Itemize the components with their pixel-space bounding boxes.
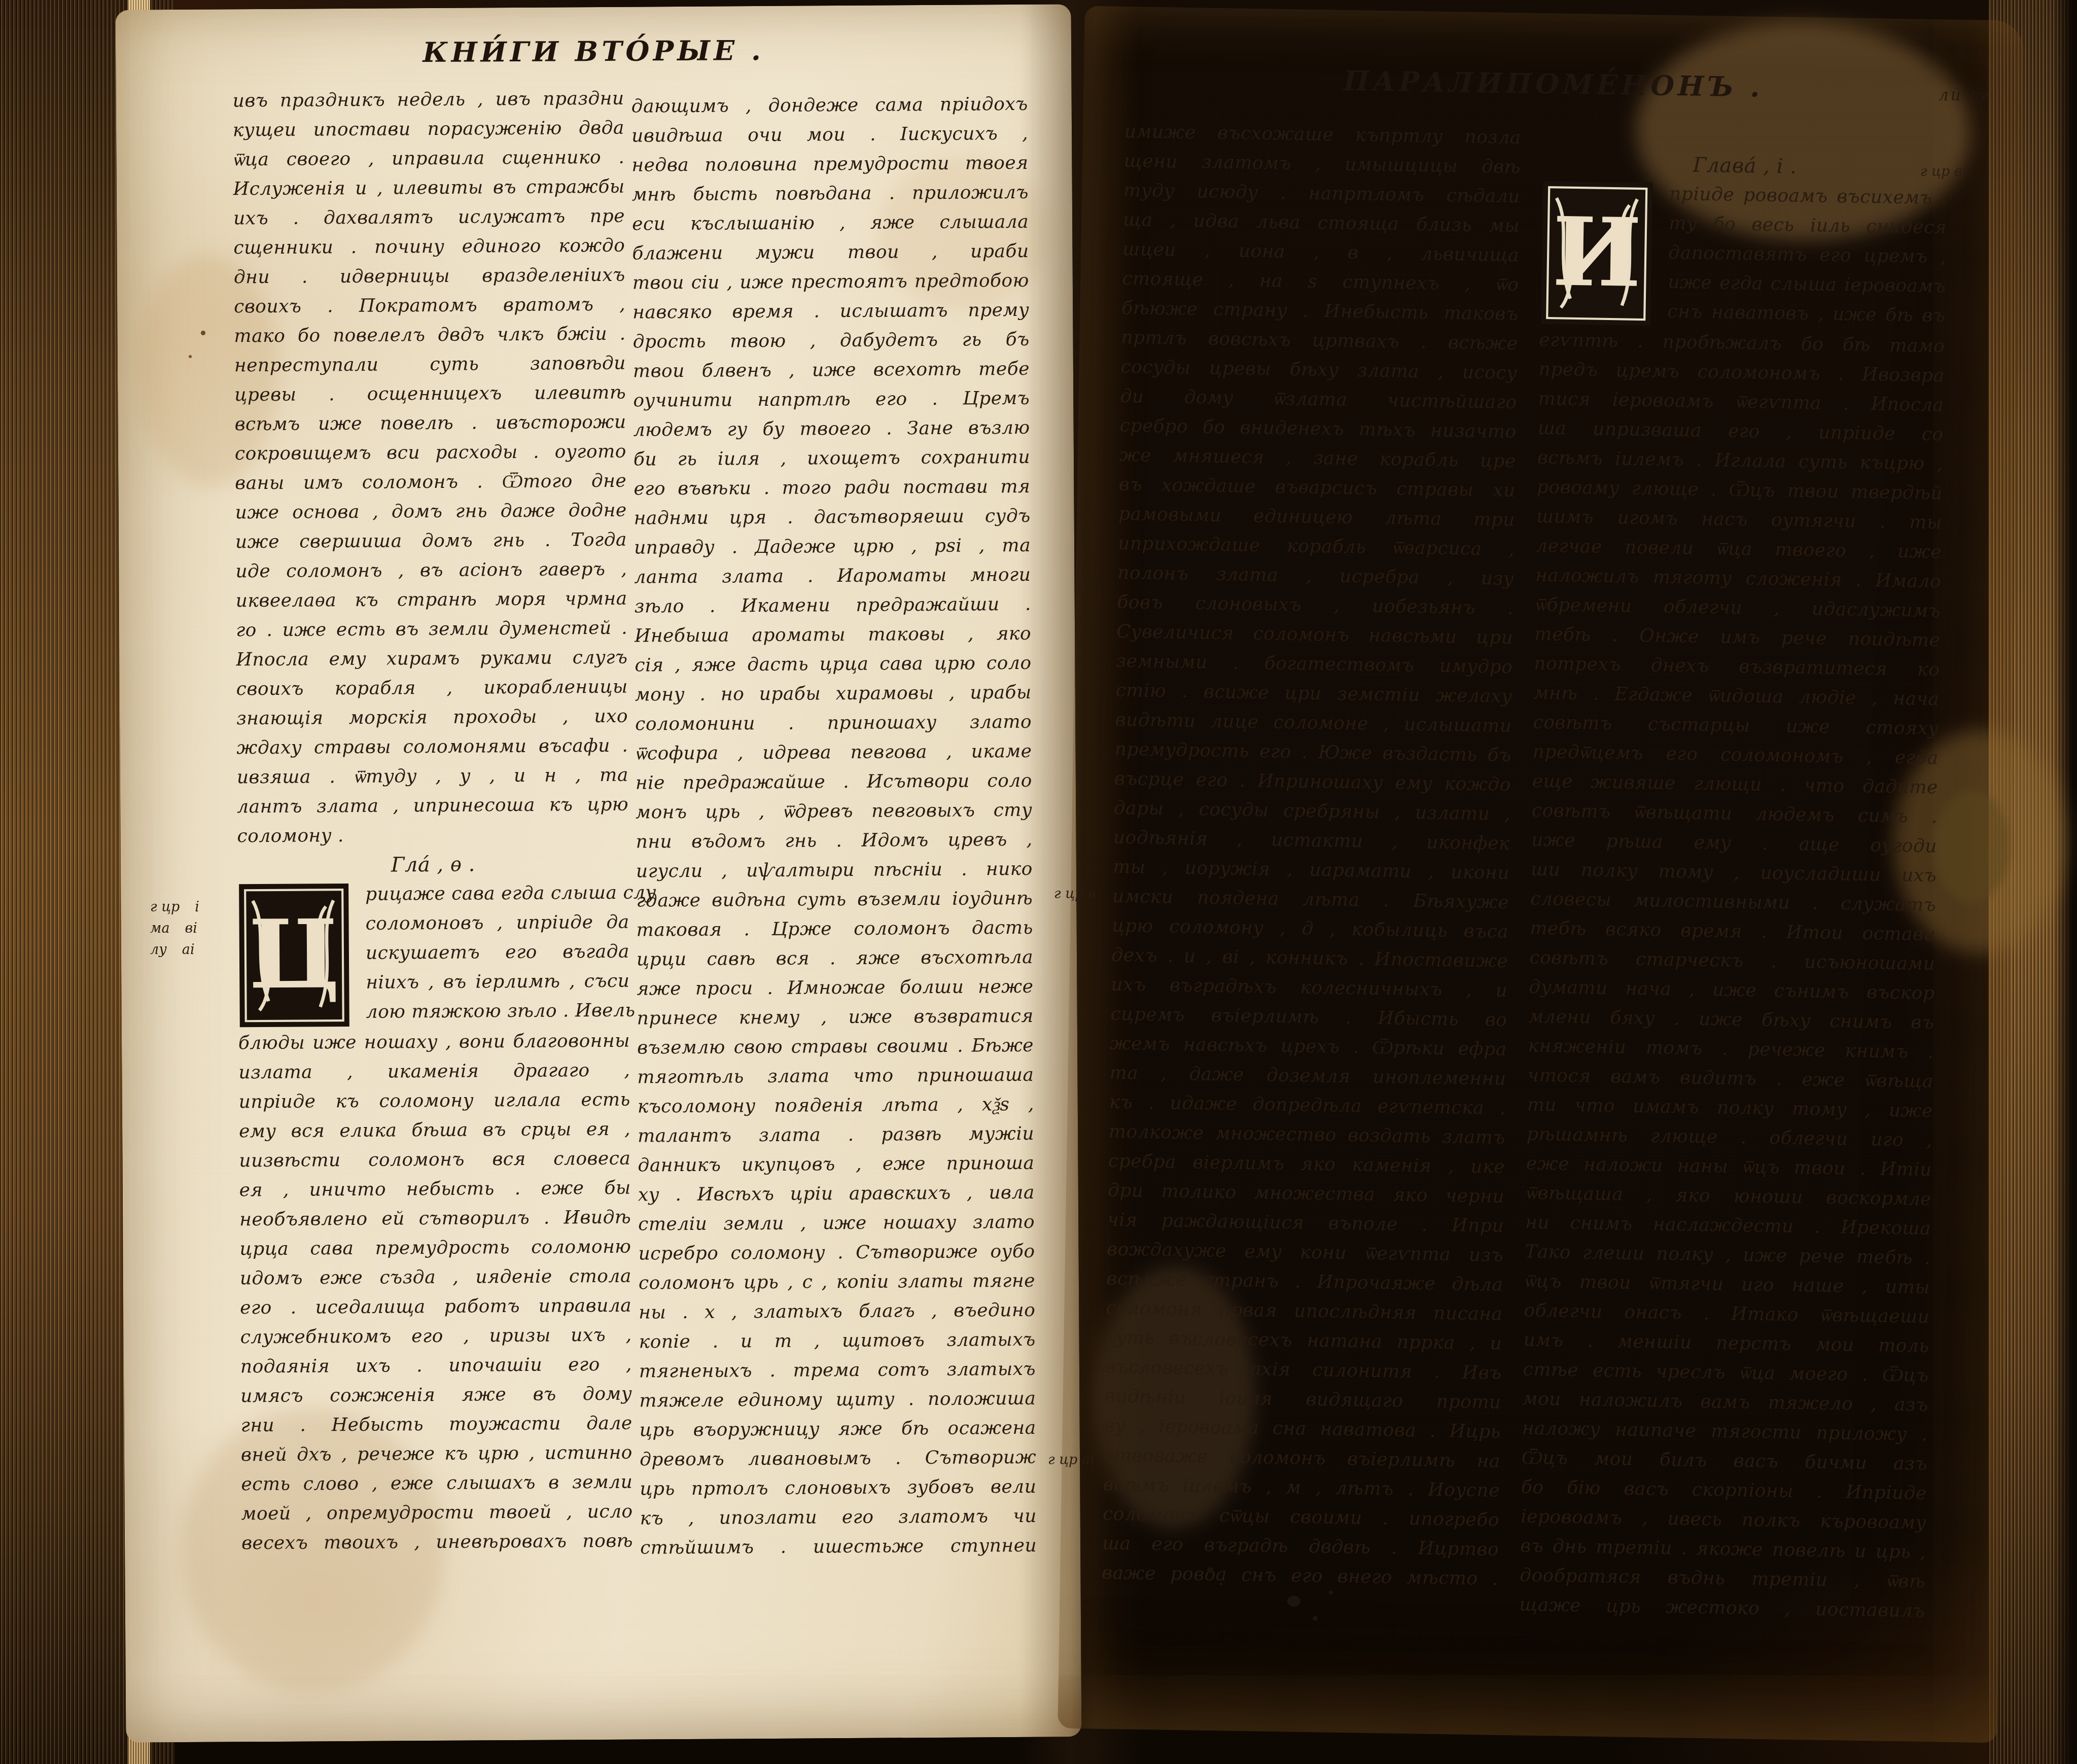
text-line: иже свершиша домъ гнь . Тогда: [235, 525, 627, 557]
margin-reference-inner-2: г цр аі: [1048, 1450, 1095, 1471]
text-line: црци савѣ вся . яже въсхотѣла: [637, 943, 1033, 975]
text-line: монъ црь , ѿдревъ певговыхъ сту: [636, 796, 1032, 828]
text-line: твои блвенъ , иже всехотѣ тебе: [633, 355, 1030, 386]
text-line: иправду . Дадеже црю , рѕі , та: [634, 531, 1031, 563]
text-line: црца сава премудрость соломоню: [239, 1232, 631, 1264]
text-line: кущеи ипостави порасуженію двда: [233, 114, 624, 146]
text-line: наднми цря . дасътворяеши судъ: [634, 502, 1031, 534]
left-page: КНИ́ГИ ВТО́РЫЕ . ивъ праздникъ недель , …: [116, 4, 1082, 1742]
drop-cap-block: Ипріиде ровоамъ въсихемъ .ту бо весь іил…: [1539, 178, 1947, 332]
text-line: яже проси . Имножае болши неже: [637, 972, 1033, 1004]
text-line: къ , ипозлати его златомъ чи: [640, 1502, 1037, 1534]
text-line: его въвѣки . того ради постави тя: [633, 472, 1030, 504]
running-title-left: КНИ́ГИ ВТО́РЫЕ .: [116, 30, 1071, 72]
text-line: гни . Небысть тоужасти дале: [240, 1409, 632, 1441]
text-column-4: Глава́ , і .Ипріиде ровоамъ въсихемъ .ту…: [1519, 148, 1948, 1626]
text-line: моей , опремудрости твоей , исло: [241, 1497, 633, 1529]
text-line: ждаху стравы соломонями въсафи .: [236, 731, 628, 763]
text-line: важе ровоа снъ его внего мѣсто .: [1102, 1559, 1499, 1594]
text-column-2: дающимъ , дондеже сама пріидохъивидѣша о…: [631, 90, 1037, 1563]
text-line: искушаетъ его въгада: [366, 937, 629, 968]
text-line: излата , икаменія драгаго ,: [238, 1056, 630, 1088]
text-line: ны . х , златыхъ благъ , въедино: [639, 1296, 1035, 1328]
text-line: имясъ сожженія яже въ дому: [240, 1380, 632, 1412]
text-line: есть слово , еже слышахъ в земли: [241, 1468, 632, 1500]
text-line: дни . идверницы вразделеніихъ: [234, 261, 625, 293]
text-line: ту бо весь іиль снидеся: [1669, 209, 1947, 243]
text-line: иже егда слыша іеровоамъ: [1668, 268, 1946, 302]
text-line: сщенники . почину единого кождо: [233, 231, 625, 263]
text-line: своихъ . Пократомъ вратомъ ,: [234, 290, 625, 322]
text-line: ея , иничто небысть . еже бы: [239, 1174, 631, 1206]
drop-cap-block: Црицаже сава егда слыша слусоломоновъ , …: [237, 878, 630, 1029]
text-line: стеліи земли , иже ношаху злато: [638, 1208, 1035, 1240]
text-line: еси къслышанію , яже слышала: [632, 207, 1029, 239]
margin-references-left: г цр і ма ві лу аі: [150, 897, 199, 961]
text-line: твои сіи , иже престоятъ предтобою: [632, 266, 1029, 298]
text-line: соломонини . приношаху злато: [635, 708, 1032, 739]
text-line: талантъ злата . развѣ мужіи: [638, 1119, 1034, 1151]
chapter-heading: Гла́ , ѳ .: [237, 849, 629, 881]
text-line: сія , яже дасть црца сава црю соло: [635, 649, 1031, 681]
svg-text:Ц: Ц: [248, 898, 340, 1010]
text-line: лою тяжкою зѣло . Ивель: [366, 996, 629, 1027]
folio-letters: сг: [1970, 86, 1991, 104]
text-line: людемъ гу бу твоего . Зане възлю: [633, 413, 1030, 445]
svg-text:И: И: [1552, 196, 1642, 308]
text-line: необъявлено ей сътворилъ . Ивидѣ: [239, 1203, 631, 1235]
woodcut-initial: И: [1539, 180, 1654, 327]
margin-ref-book: г цр: [1920, 164, 1950, 180]
text-line: соломону .: [237, 820, 628, 852]
margin-ref-chapter: і: [195, 897, 199, 918]
text-line: недва половина премудрости твоея: [631, 149, 1028, 181]
text-line: Ислуженія и , илевиты въ стражбы: [233, 172, 625, 204]
text-line: ніе предражайше . Исътвори соло: [636, 766, 1032, 798]
margin-ref-chapter: аі: [182, 939, 195, 961]
text-line: ѿсофира , идрева певгова , икаме: [635, 737, 1032, 769]
text-line: оучинити напртлѣ его . Цремъ: [633, 384, 1030, 416]
margin-ref-chapter: ві: [1954, 164, 1966, 180]
text-line: иизвѣсти соломонъ вся словеса: [239, 1144, 630, 1176]
text-line: ху . Ивсѣхъ цріи аравскихъ , ивла: [638, 1178, 1035, 1210]
text-line: ивъ праздникъ недель , ивъ праздни: [233, 84, 624, 116]
text-line: служебникомъ его , иризы ихъ ,: [240, 1321, 631, 1353]
drop-cap-lines: пріиде ровоамъ въсихемъ .ту бо весь іиль…: [1667, 180, 1948, 332]
text-line: сокровищемъ вси расходы . оугото: [235, 437, 626, 469]
text-line: копіе . и т , щитовъ златыхъ: [639, 1325, 1035, 1357]
text-line: ѿца своего , иправила сщеннико .: [233, 143, 624, 175]
text-column-1: ивъ праздникъ недель , ивъ праздникущеи …: [233, 84, 633, 1559]
text-line: дапоставятъ его цремъ ,: [1668, 238, 1947, 272]
text-line: црь въоружницу яже бѣ осажена: [640, 1414, 1036, 1445]
text-line: весехъ твоихъ , иневѣровахъ повѣ: [241, 1527, 633, 1559]
text-line: би гь іиля , ихощетъ сохранити: [633, 443, 1030, 475]
margin-reference-outer: г цр ві: [1920, 161, 1966, 183]
text-line: мону . но ирабы хирамовы , ирабы: [635, 678, 1032, 710]
text-line: его . иседалища работъ иправила: [240, 1291, 631, 1323]
drop-cap-lines: рицаже сава егда слыша слусоломоновъ , и…: [365, 878, 630, 1028]
text-line: мнѣ бысть повѣдана . приложилъ: [632, 178, 1029, 210]
text-line: снъ наватовъ , иже бѣ въ: [1667, 297, 1946, 331]
text-line: всѣмъ иже повелѣ . ивъсторожи: [234, 408, 626, 440]
text-line: лантъ злата , ипринесоша къ црю: [237, 790, 628, 822]
text-line: стѣйшимъ . ишестьже ступнеи: [640, 1531, 1037, 1563]
woodcut-initial-art: Ц: [237, 882, 351, 1029]
text-line: таковая . Црже соломонъ дасть: [637, 913, 1033, 945]
text-line: иже основа , домъ гнь даже додне: [235, 496, 626, 528]
text-line: пріиде ровоамъ въсихемъ .: [1669, 180, 1948, 214]
text-line: црь пртолъ слоновыхъ зубовъ вели: [640, 1472, 1036, 1504]
margin-ref-chapter: ві: [185, 918, 197, 939]
text-line: тяготѣль злата что приношаша: [637, 1061, 1034, 1092]
right-page: ПАРАЛИПОМЕ́НОНЪ . имиже въсхожаше къпртл…: [1058, 6, 2024, 1743]
text-line: цревы . осщенницехъ илевитѣ: [234, 378, 626, 410]
running-title-right: ПАРАЛИПОМЕ́НОНЪ .: [1083, 59, 2023, 109]
text-line: данникъ икупцовъ , еже приноша: [638, 1149, 1034, 1181]
text-line: блюды иже ношаху , вони благовонны: [238, 1027, 630, 1059]
text-line: Ипосла ему хирамъ руками слугъ: [236, 643, 627, 675]
text-line: иквеелаѳа къ странѣ моря чрмна: [236, 584, 627, 616]
text-line: дрость твою , дабудетъ гь бъ: [632, 325, 1029, 357]
margin-reference-inner-1: г цр ѳ: [1054, 884, 1096, 905]
text-line: ипріиде къ соломону иглала есть: [239, 1085, 630, 1117]
text-line: ніихъ , въ іерлимѣ , съси: [366, 967, 629, 998]
folio-mark: ли сг: [1939, 85, 1991, 105]
woodcut-initial-art: И: [1539, 180, 1654, 327]
paper-stain: [1933, 790, 2011, 903]
text-line: идомъ еже създа , ияденіе стола: [240, 1262, 631, 1294]
text-line: исребро соломону . Сътвориже оубо: [638, 1237, 1035, 1269]
text-line: ланта злата . Иароматы многи: [634, 560, 1031, 592]
text-line: своихъ корабля , икорабленицы: [236, 673, 628, 704]
text-line: ему вся елика бѣша въ срцы ея ,: [239, 1115, 630, 1147]
text-line: иде соломонъ , въ асіонъ гаверъ ,: [235, 555, 627, 587]
text-line: Инебыша ароматы таковы , яко: [635, 619, 1031, 651]
text-line: тягненыхъ . трема сотъ златыхъ: [639, 1355, 1036, 1387]
open-book-photo: КНИ́ГИ ВТО́РЫЕ . ивъ праздникъ недель , …: [0, 0, 2077, 1764]
text-line: ваны имъ соломонъ . Ѿтого дне: [235, 467, 626, 499]
text-line: го . иже есть въ земли думенстей .: [236, 614, 627, 646]
text-line: пни въдомъ гнь . Идомъ цревъ ,: [636, 825, 1032, 857]
margin-ref-book: г цр: [150, 897, 180, 918]
margin-ref-row: г цр і: [150, 897, 199, 918]
text-column-3: имиже въсхожаше къпртлу позлащени златом…: [1102, 117, 1521, 1594]
text-line: древомъ ливановымъ . Сътвориж: [640, 1443, 1036, 1475]
text-line: въземлю свою стравы своими . Бѣже: [637, 1031, 1034, 1063]
text-line: принесе кнему , иже възвратися: [637, 1002, 1034, 1034]
margin-ref-row: ма ві: [150, 918, 199, 939]
text-line: навсяко время . ислышатъ прему: [632, 296, 1029, 328]
text-line: зѣло . Икамени предражайши .: [635, 590, 1031, 622]
margin-ref-row: лу аі: [150, 939, 199, 961]
margin-ref-book: г цр: [1048, 1452, 1077, 1468]
text-line: ихъ . дахвалятъ ислужатъ пре: [233, 202, 625, 234]
text-line: вней дхъ , речеже къ црю , истинно: [241, 1438, 632, 1470]
text-line: тяжеле единому щиту . положиша: [639, 1384, 1036, 1416]
folio-letters: ли: [1939, 86, 1963, 104]
text-line: игусли , иѱалтыри пѣсніи . нико: [636, 855, 1033, 887]
text-line: подаянія ихъ . ипочашіи его ,: [240, 1350, 632, 1382]
margin-ref-chapter: ѳ: [1088, 886, 1096, 902]
text-line: рицаже сава егда слыша слу: [365, 878, 629, 909]
text-line: соломонъ црь , с , копіи златы тягне: [639, 1266, 1035, 1298]
margin-ref-book: г цр: [1054, 886, 1083, 902]
text-line: тако бо повелелъ двдъ члкъ бжіи .: [234, 320, 625, 351]
text-line: непреступали суть заповѣди: [234, 349, 626, 381]
text-line: дающимъ , дондеже сама пріидохъ: [631, 90, 1028, 122]
margin-ref-book: ма: [150, 918, 169, 939]
text-line: блажени мужи твои , ираби: [632, 237, 1029, 269]
text-line: ивидѣша очи мои . Іискусихъ ,: [631, 119, 1028, 151]
text-line: соломоновъ , ипріиде да: [365, 908, 629, 939]
margin-ref-chapter: аі: [1082, 1452, 1095, 1468]
text-line: късоломону пояденія лѣта , хѯѕ ,: [638, 1090, 1034, 1122]
text-line: щаже црь жестоко , иоставилъ: [1519, 1591, 1925, 1627]
text-line: знающія морскія проходы , ихо: [236, 702, 628, 734]
woodcut-initial: Ц: [237, 882, 351, 1029]
margin-ref-book: лу: [150, 939, 167, 961]
text-line: гдаже видѣна суть въземли іоудинѣ: [636, 884, 1033, 916]
text-line: ивзяша . ѿтуду , у , и н , та: [237, 761, 628, 793]
